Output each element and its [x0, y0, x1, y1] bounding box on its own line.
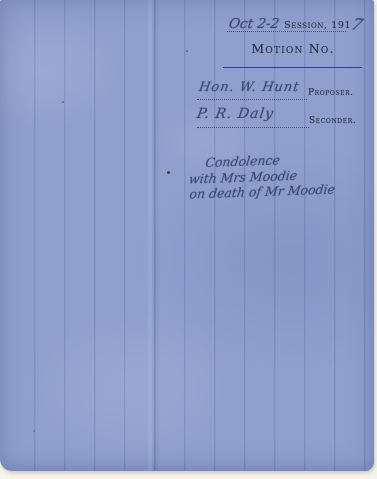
paper-speck: [167, 171, 170, 174]
date-dotted-rule: [227, 31, 346, 32]
motion-no-label: Motion No.: [224, 41, 362, 56]
seconder-printed-label: Seconder.: [309, 116, 356, 126]
handwritten-date: Oct 2-2: [228, 16, 281, 32]
paper-speck: [62, 101, 64, 103]
proposer-dotted-rule: [197, 99, 307, 100]
date-session-row: Oct 2-2 Session, 191 7: [229, 13, 362, 32]
paper-crease: [146, 0, 160, 471]
seconder-signature: P. R. Daly: [196, 106, 275, 122]
scan-frame: Oct 2-2 Session, 191 7 Motion No. Hon. W…: [0, 0, 377, 479]
handwritten-note: Condolence with Mrs Moodie on death of M…: [188, 150, 335, 202]
proposer-printed-label: Proposer.: [308, 88, 354, 98]
seconder-dotted-rule: [197, 127, 309, 128]
paper-speck: [33, 430, 35, 432]
paper-speck: [186, 50, 188, 52]
paper-sheet: Oct 2-2 Session, 191 7 Motion No. Hon. W…: [0, 0, 374, 471]
handwritten-year-digit: 7: [349, 15, 366, 35]
session-printed-label: Session, 191: [284, 20, 351, 31]
proposer-signature: Hon. W. Hunt: [198, 80, 301, 95]
motion-number-rule: [223, 67, 362, 68]
